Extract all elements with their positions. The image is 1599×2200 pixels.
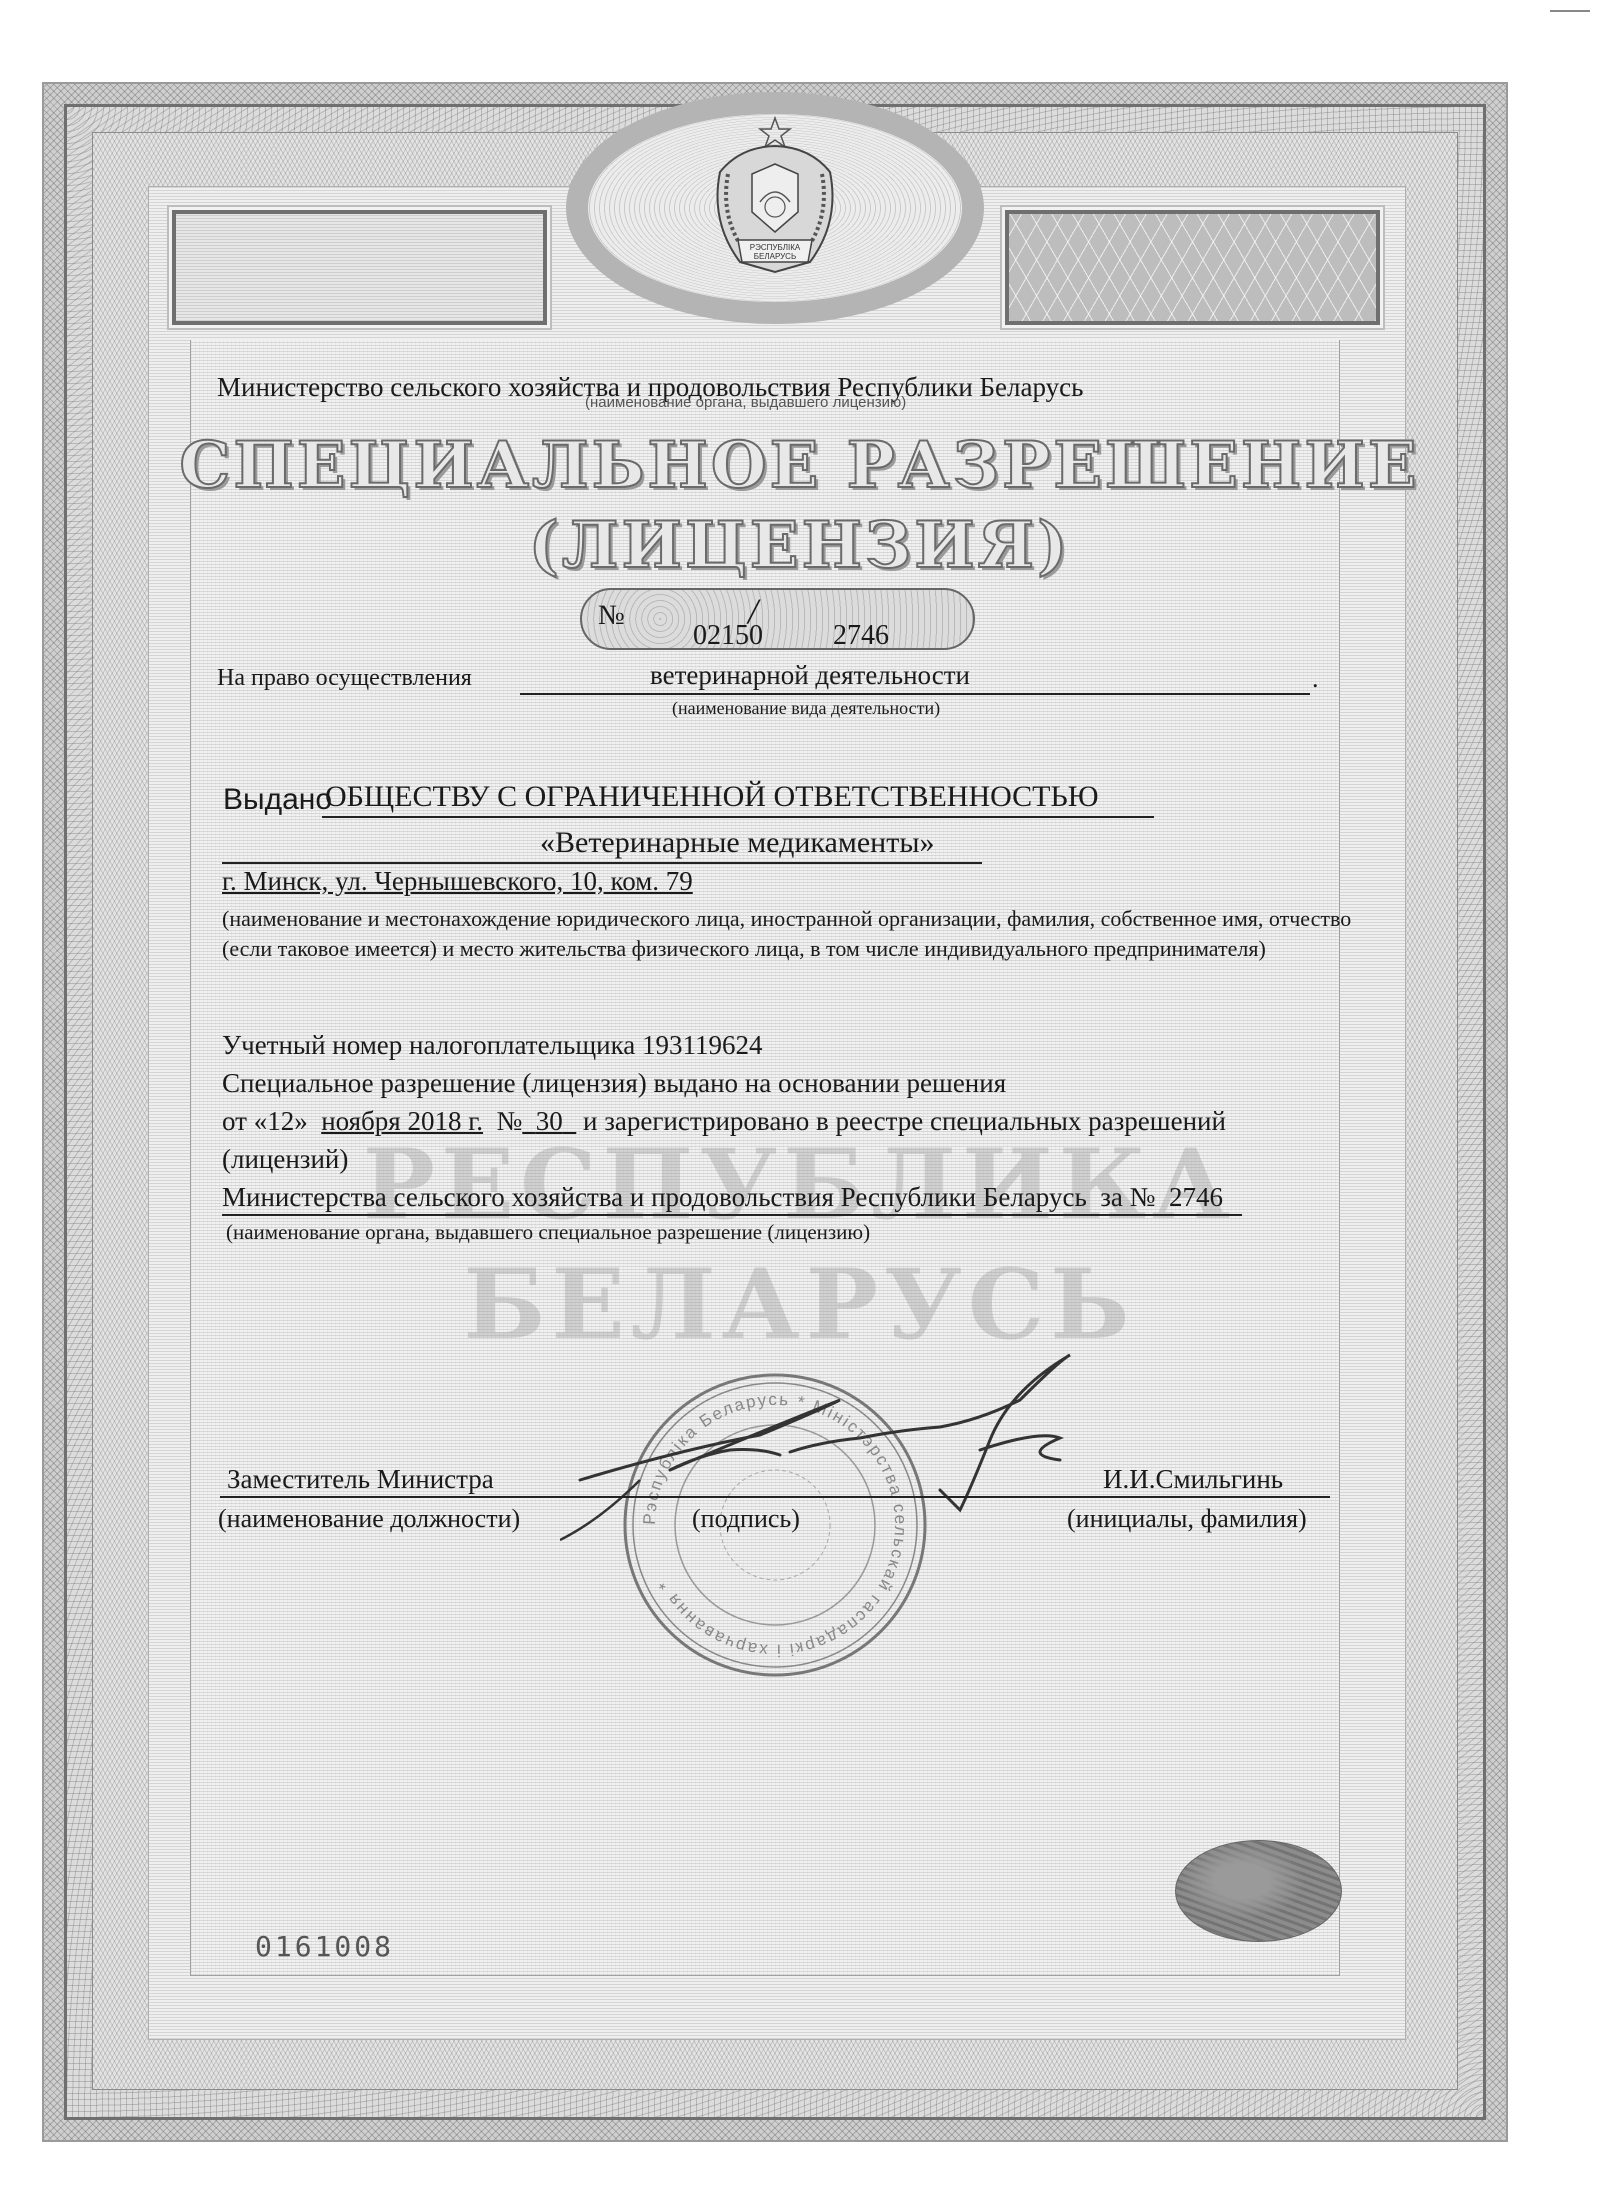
activity-value: ветеринарной деятельности	[650, 660, 970, 691]
license-number-plate	[580, 588, 975, 650]
activity-caption: (наименование вида деятельности)	[672, 698, 940, 719]
issuing-authority-caption: (наименование органа, выдавшего лицензию…	[585, 394, 906, 411]
licensee-legal-form: ОБЩЕСТВУ С ОГРАНИЧЕННОЙ ОТВЕТСТВЕННОСТЬЮ	[325, 780, 1099, 814]
signature-underline	[220, 1496, 1330, 1498]
license-number-part2: 2746	[833, 620, 889, 652]
security-hologram	[1175, 1840, 1342, 1942]
signatory-position-caption: (наименование должности)	[218, 1504, 520, 1534]
activity-label: На право осуществления	[217, 665, 472, 692]
licensee-name: «Ветеринарные медикаменты»	[540, 826, 934, 860]
decision-month-year: ноября 2018 г.	[321, 1106, 483, 1136]
signature-caption: (подпись)	[692, 1504, 800, 1534]
handwritten-signature	[560, 1330, 1080, 1560]
licenses-word: (лицензий)	[222, 1144, 348, 1175]
decision-number-sign: №	[497, 1106, 523, 1136]
signatory-name-caption: (инициалы, фамилия)	[1067, 1504, 1307, 1534]
svg-text:РЭСПУБЛІКА: РЭСПУБЛІКА	[750, 243, 801, 252]
licensee-underline-1	[322, 816, 1154, 818]
register-number: 2746	[1169, 1182, 1223, 1212]
decision-suffix: и зарегистрировано в реестре специальных…	[583, 1106, 1226, 1136]
register-authority-underline	[222, 1214, 1242, 1216]
number-sign: №	[598, 600, 625, 632]
register-authority-caption: (наименование органа, выдавшего специаль…	[226, 1220, 870, 1245]
licensee-address: г. Минск, ул. Чернышевского, 10, ком. 79	[222, 866, 693, 897]
top-right-security-box	[1000, 205, 1385, 330]
register-authority: Министерства сельского хозяйства и продо…	[222, 1182, 1087, 1212]
issued-to-label: Выдано	[223, 783, 332, 817]
taxpayer-number-label: Учетный номер налогоплательщика	[222, 1030, 635, 1060]
licensee-caption: (наименование и местонахождение юридичес…	[222, 904, 1372, 964]
taxpayer-number-value: 193119624	[642, 1030, 763, 1060]
register-number-label: за №	[1100, 1182, 1155, 1212]
blank-serial-number: 0161008	[255, 1930, 394, 1963]
svg-text:БЕЛАРУСЬ: БЕЛАРУСЬ	[754, 252, 796, 261]
licensee-underline-2	[222, 862, 982, 864]
signatory-position: Заместитель Министра	[227, 1464, 494, 1495]
belarus-coat-of-arms-icon: РЭСПУБЛІКА БЕЛАРУСЬ	[690, 112, 860, 287]
basis-text: Специальное разрешение (лицензия) выдано…	[222, 1068, 1006, 1099]
activity-terminator: .	[1312, 664, 1319, 694]
activity-underline	[520, 693, 1310, 695]
license-number-part1: 02150	[693, 620, 763, 652]
decision-day: от «12»	[222, 1106, 308, 1136]
scan-edge-mark	[1550, 10, 1590, 12]
register-authority-line: Министерства сельского хозяйства и продо…	[222, 1182, 1223, 1213]
document-title: СПЕЦИАЛЬНОЕ РАЗРЕШЕНИЕ	[0, 428, 1599, 503]
decision-number: 30	[536, 1106, 563, 1136]
decision-line: от «12» ноября 2018 г. № 30 и зарегистри…	[222, 1106, 1226, 1137]
document-subtitle: (ЛИЦЕНЗИЯ)	[0, 508, 1599, 583]
signatory-name: И.И.Смильгинь	[1103, 1464, 1283, 1495]
taxpayer-number-line: Учетный номер налогоплательщика 19311962…	[222, 1030, 763, 1061]
top-left-security-box	[167, 205, 552, 330]
